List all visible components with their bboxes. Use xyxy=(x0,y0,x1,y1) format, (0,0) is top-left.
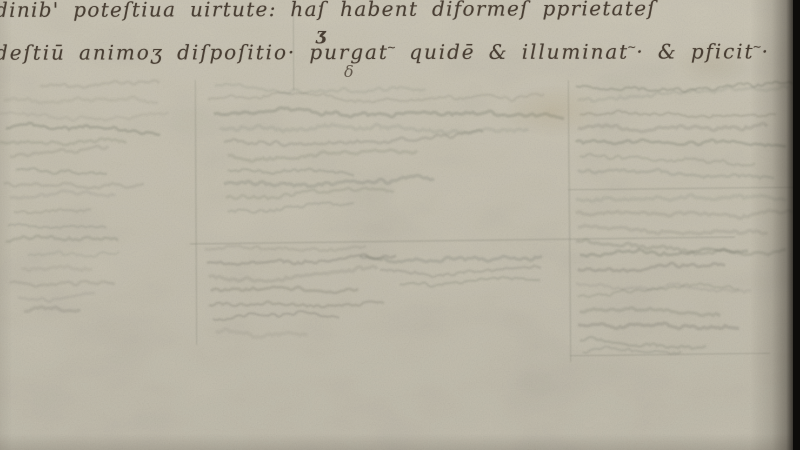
page-edge-gutter-bar xyxy=(793,0,800,450)
left-edge-shading xyxy=(0,0,12,450)
parchment-grain-texture xyxy=(0,0,800,450)
page-edge-shadow xyxy=(750,0,793,450)
bottom-edge-shading xyxy=(0,434,800,450)
manuscript-page: dinib' poteſtiua uirtute: haſ habent dif… xyxy=(0,0,800,450)
